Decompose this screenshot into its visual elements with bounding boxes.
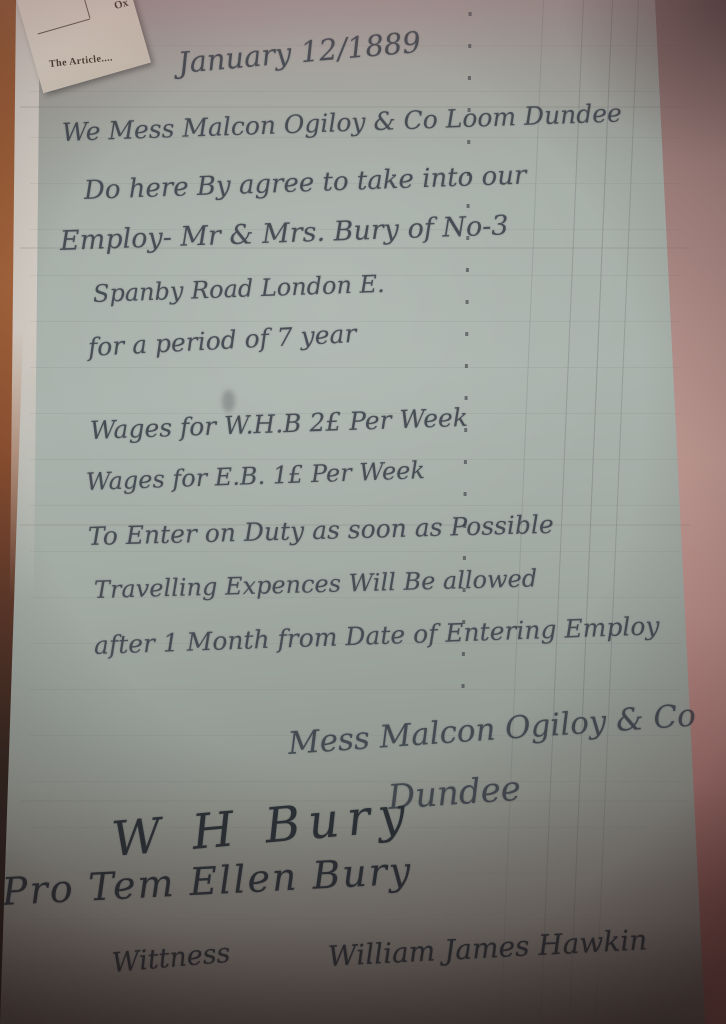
scrap-text-bottom: The Article....: [49, 52, 114, 70]
scrap-text-top: Ox: [113, 0, 130, 12]
scrap-printed-rule: [38, 18, 90, 34]
photographed-document-scene: January 12/1889 We Mess Malcon Ogiloy & …: [0, 0, 726, 1024]
scrap-printed-rule: [79, 0, 91, 18]
ink-smudge: [222, 390, 235, 412]
